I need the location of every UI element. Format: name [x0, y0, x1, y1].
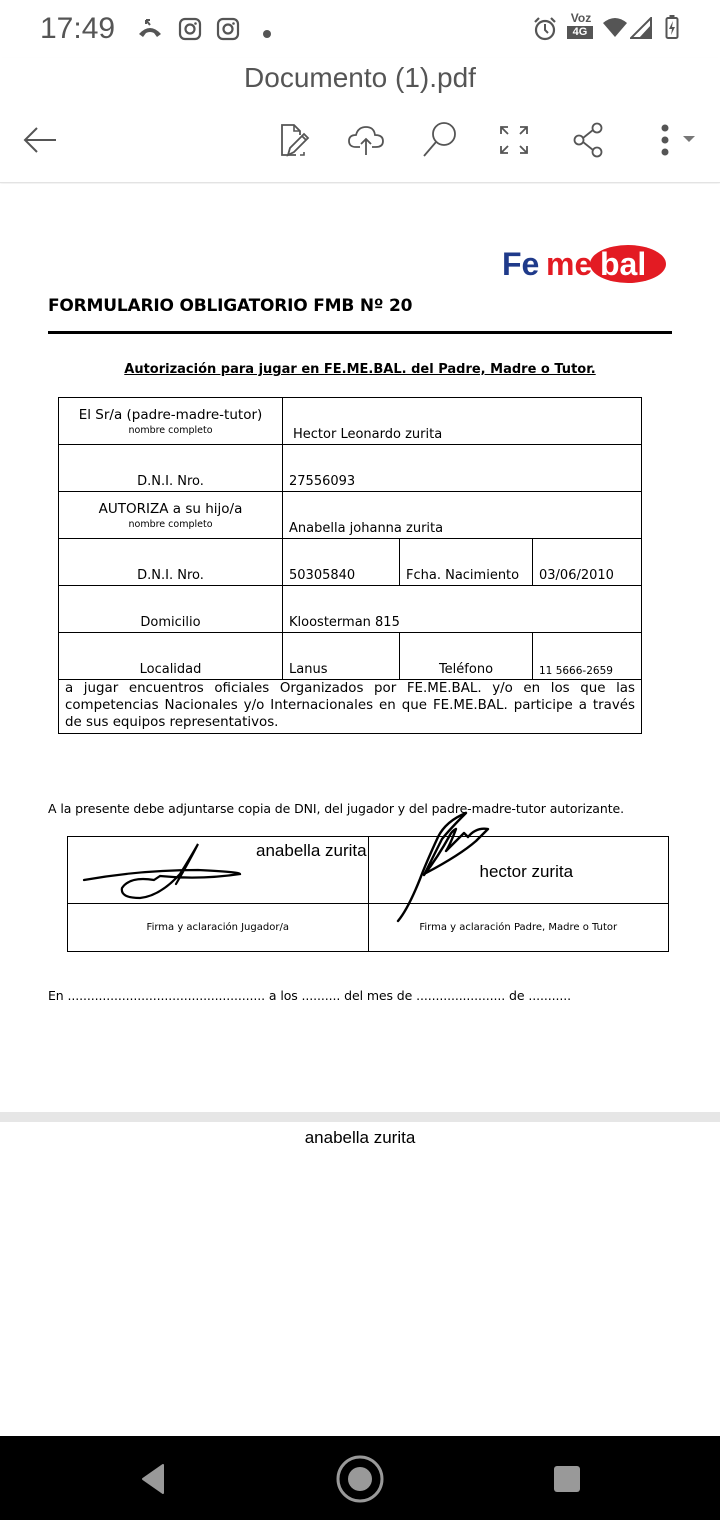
- notification-dot-icon: [262, 24, 272, 43]
- fullscreen-button[interactable]: [492, 118, 536, 162]
- child-dni-value: 50305840: [283, 539, 400, 586]
- back-nav-icon: [137, 1463, 167, 1495]
- phone-value: 11 5666-2659: [533, 633, 642, 680]
- table-row: Localidad Lanus Teléfono 11 5666-2659: [59, 633, 642, 680]
- parent-signature-name: hector zurita: [480, 862, 574, 882]
- birth-date-value: 03/06/2010: [533, 539, 642, 586]
- table-row: D.N.I. Nro. 50305840 Fcha. Nacimiento 03…: [59, 539, 642, 586]
- authorization-text: a jugar encuentros oficiales Organizados…: [59, 680, 642, 734]
- pdf-page-2[interactable]: anabella zurita: [0, 1122, 720, 1436]
- phone-label: Teléfono: [400, 633, 533, 680]
- svg-text:Fe: Fe: [502, 246, 539, 282]
- nav-recents-button[interactable]: [542, 1454, 592, 1504]
- recents-nav-icon: [552, 1464, 582, 1494]
- instagram-icon: [178, 17, 202, 45]
- form-subtitle: Autorización para jugar en FE.ME.BAL. de…: [0, 362, 720, 377]
- attachment-note: A la presente debe adjuntarse copia de D…: [48, 801, 624, 816]
- volte-4g-icon: Voz 4G: [567, 12, 595, 42]
- city-label: Localidad: [59, 633, 283, 680]
- signal-icon: [630, 17, 652, 43]
- page-separator: [0, 1112, 720, 1122]
- upload-button[interactable]: [344, 118, 388, 162]
- parent-label-cell: El Sr/a (padre-madre-tutor) nombre compl…: [59, 398, 283, 445]
- child-dni-label: D.N.I. Nro.: [59, 539, 283, 586]
- parent-signature-caption: Firma y aclaración Padre, Madre o Tutor: [368, 904, 669, 952]
- document-title: Documento (1).pdf: [0, 58, 720, 98]
- back-button[interactable]: [18, 118, 62, 162]
- svg-text:bal: bal: [600, 246, 646, 282]
- edit-document-icon: [276, 122, 312, 158]
- table-row: anabella zurita hector zurita: [68, 837, 669, 904]
- table-row: Domicilio Kloosterman 815: [59, 586, 642, 633]
- svg-text:me: me: [546, 246, 592, 282]
- search-icon: [420, 120, 460, 160]
- fullscreen-icon: [497, 123, 531, 157]
- address-label: Domicilio: [59, 586, 283, 633]
- player-signature-caption: Firma y aclaración Jugador/a: [68, 904, 369, 952]
- signature-table: anabella zurita hector zurita Firma y ac…: [67, 836, 669, 952]
- form-title: FORMULARIO OBLIGATORIO FMB Nº 20: [48, 296, 412, 316]
- status-bar: 17:49 Voz 4G: [0, 0, 720, 58]
- child-label-cell: AUTORIZA a su hijo/a nombre completo: [59, 492, 283, 539]
- table-row: El Sr/a (padre-madre-tutor) nombre compl…: [59, 398, 642, 445]
- title-divider: [48, 331, 672, 334]
- player-signature-cell: anabella zurita: [68, 837, 369, 904]
- pdf-page-1[interactable]: Fe me bal FORMULARIO OBLIGATORIO FMB Nº …: [0, 184, 720, 1112]
- parent-label: El Sr/a (padre-madre-tutor): [65, 407, 276, 423]
- parent-dni-value: 27556093: [283, 445, 642, 492]
- date-place-line: En .....................................…: [48, 988, 571, 1003]
- search-button[interactable]: [418, 118, 462, 162]
- birth-date-label: Fcha. Nacimiento: [400, 539, 533, 586]
- table-row: D.N.I. Nro. 27556093: [59, 445, 642, 492]
- system-nav-bar: [0, 1436, 720, 1520]
- femebal-logo: Fe me bal: [500, 244, 670, 286]
- edit-document-button[interactable]: [272, 118, 316, 162]
- more-options-button[interactable]: [646, 118, 702, 162]
- parent-name-value: Hector Leonardo zurita: [283, 398, 642, 445]
- home-nav-icon: [335, 1454, 385, 1504]
- parent-signature-cell: hector zurita: [368, 837, 669, 904]
- network-label: 4G: [567, 26, 593, 39]
- more-options-icon: [649, 122, 699, 158]
- wifi-icon: [602, 16, 628, 42]
- nav-back-button[interactable]: [127, 1454, 177, 1504]
- table-row: Firma y aclaración Jugador/a Firma y acl…: [68, 904, 669, 952]
- app-header: Documento (1).pdf: [0, 58, 720, 183]
- table-row: a jugar encuentros oficiales Organizados…: [59, 680, 642, 734]
- city-value: Lanus: [283, 633, 400, 680]
- alarm-icon: [532, 15, 558, 47]
- volte-label: Voz: [567, 12, 595, 25]
- back-arrow-icon: [22, 125, 58, 155]
- battery-charging-icon: [665, 14, 679, 44]
- page2-text: anabella zurita: [0, 1128, 720, 1148]
- child-name-value: Anabella johanna zurita: [283, 492, 642, 539]
- missed-call-icon: [136, 16, 164, 44]
- instagram-icon: [216, 17, 240, 45]
- share-button[interactable]: [566, 118, 610, 162]
- status-time: 17:49: [40, 12, 115, 46]
- table-row: AUTORIZA a su hijo/a nombre completo Ana…: [59, 492, 642, 539]
- child-label: AUTORIZA a su hijo/a: [65, 501, 276, 517]
- nav-home-button[interactable]: [335, 1454, 385, 1504]
- parent-sublabel: nombre completo: [65, 425, 276, 436]
- authorization-table: El Sr/a (padre-madre-tutor) nombre compl…: [58, 397, 642, 734]
- address-value: Kloosterman 815: [283, 586, 642, 633]
- share-icon: [570, 122, 606, 158]
- cloud-upload-icon: [346, 123, 386, 157]
- player-signature-name: anabella zurita: [256, 841, 367, 861]
- child-sublabel: nombre completo: [65, 519, 276, 530]
- parent-dni-label: D.N.I. Nro.: [59, 445, 283, 492]
